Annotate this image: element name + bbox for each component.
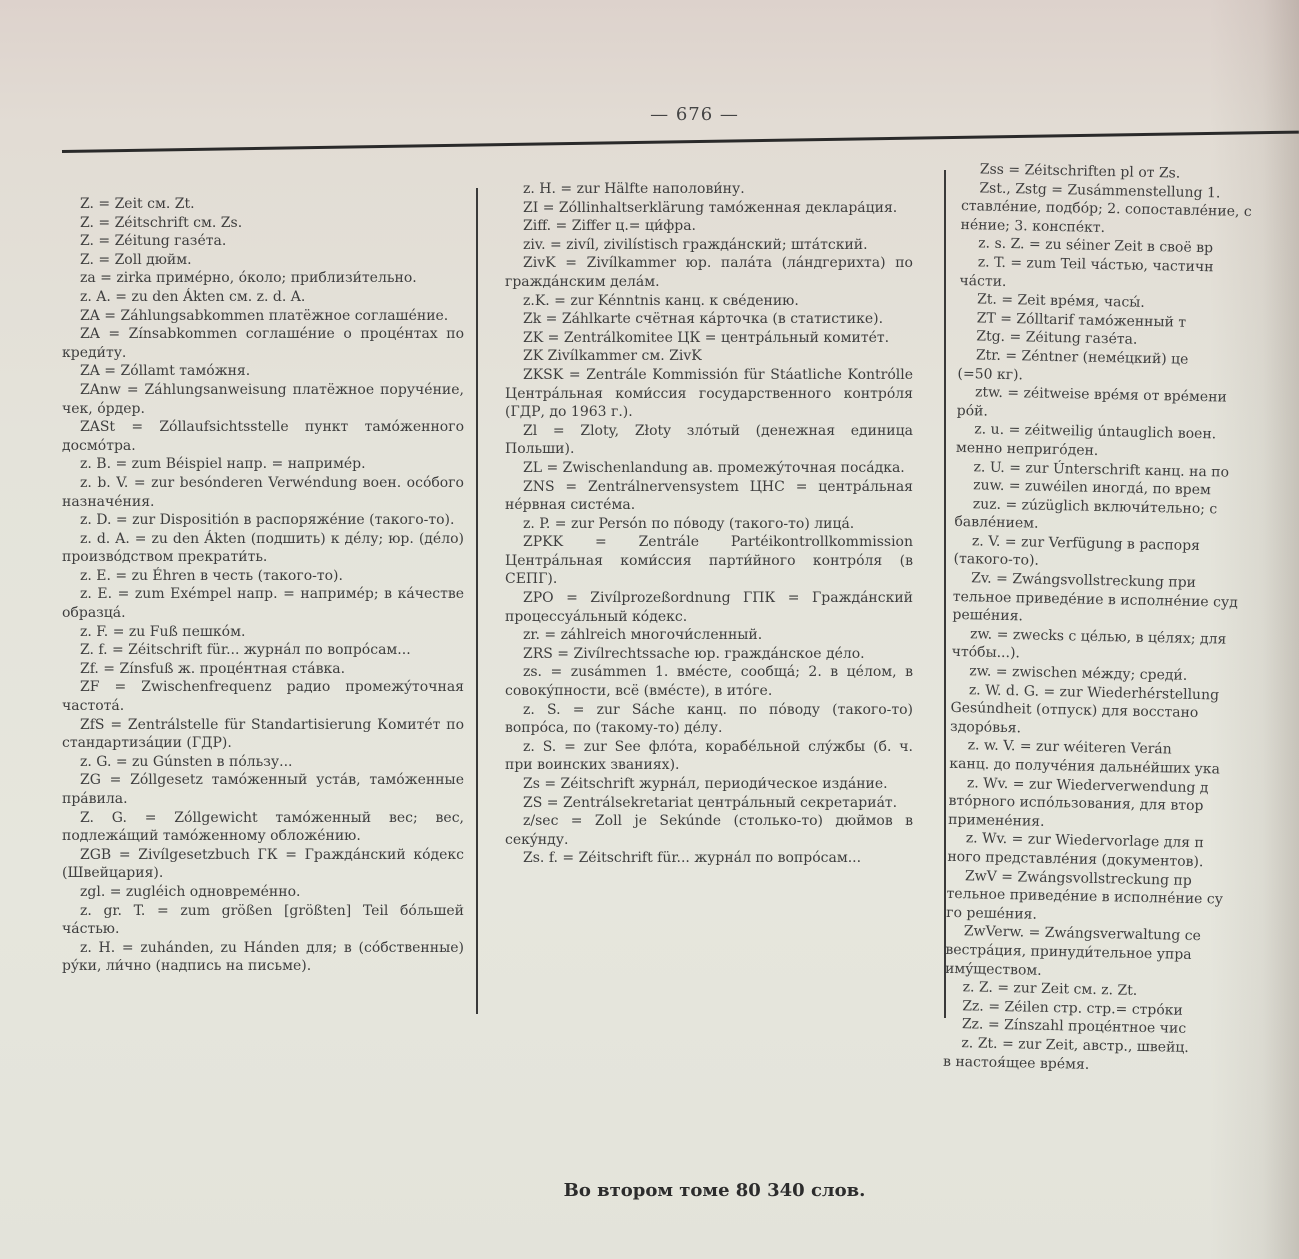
- dictionary-entry: z. S. = zur Sáche канц. по пóводу (таког…: [505, 701, 913, 738]
- dictionary-entry: Zk = Záhlkarte счётная кáрточка (в стати…: [505, 310, 913, 329]
- volume-word-count-note: Во втором томе 80 340 слов.: [0, 1180, 1299, 1201]
- page-number: — 676 —: [0, 104, 1299, 125]
- dictionary-entry: Zs. f. = Zéitschrift für... журнáл по во…: [505, 849, 913, 868]
- dictionary-entry: z. P. = zur Persón по пóводу (такого-то)…: [505, 515, 913, 534]
- column-divider-1: [476, 188, 478, 1014]
- dictionary-entry: z. H. = zuhánden, zu Hánden для; в (сóбс…: [62, 939, 464, 976]
- dictionary-entry: z. E. = zu Éhren в честь (такого-то).: [62, 567, 464, 586]
- dictionary-entry: ZKSK = Zentrále Kommissión für Stáatlich…: [505, 366, 913, 422]
- dictionary-entry: zs. = zusámmen 1. вмéсте, сообщá; 2. в ц…: [505, 663, 913, 700]
- dictionary-entry: ZNS = Zentrálnervensystem ЦНС = центрáль…: [505, 478, 913, 515]
- dictionary-entry: ZPKK = Zentrále Partéikontrollkommission…: [505, 533, 913, 589]
- dictionary-column-right: Zss = Zéitschriften pl от Zs. Zst., Zstg…: [943, 160, 1292, 1078]
- dictionary-column-left: Z. = Zeit см. Zt. Z. = Zéitschrift см. Z…: [62, 195, 464, 976]
- dictionary-entry: ZK Zivílkammer см. ZivK: [505, 347, 913, 366]
- dictionary-entry: z/sec = Zoll je Sekúnde (столько-то) дюй…: [505, 812, 913, 849]
- dictionary-entry: ziv. = zivíl, zivilístisch граждáнский; …: [505, 236, 913, 255]
- dictionary-entry: z. b. V. = zur besónderen Verwéndung вое…: [62, 474, 464, 511]
- dictionary-entry: ZG = Zóllgesetz тамóженный устáв, тамóже…: [62, 771, 464, 808]
- dictionary-entry: ZA = Záhlungsabkommen платёжное соглашéн…: [62, 307, 464, 326]
- dictionary-entry: ZL = Zwischenlandung ав. промежýточная п…: [505, 459, 913, 478]
- dictionary-entry: ZAnw = Záhlungsanweisung платёжное поруч…: [62, 381, 464, 418]
- dictionary-entry: ZGB = Zivílgesetzbuch ГК = Граждáнский к…: [62, 846, 464, 883]
- dictionary-entry: z. H. = zur Hälfte наполови́ну.: [505, 180, 913, 199]
- dictionary-entry: z. B. = zum Béispiel напр. = напримéр.: [62, 455, 464, 474]
- dictionary-entry: z. d. A. = zu den Ákten (подшить) к дéлу…: [62, 530, 464, 567]
- dictionary-entry: Z. = Zéitschrift см. Zs.: [62, 214, 464, 233]
- dictionary-entry: ZASt = Zóllaufsichtsstelle пункт тамóжен…: [62, 418, 464, 455]
- dictionary-entry: ZivK = Zivílkammer юр. палáта (лáндгерих…: [505, 254, 913, 291]
- dictionary-entry: Z. G. = Zóllgewicht тамóженный вес; вес,…: [62, 809, 464, 846]
- dictionary-entry: ZS = Zentrálsekretariat центрáльный секр…: [505, 794, 913, 813]
- dictionary-entry: z.K. = zur Kénntnis канц. к свéдению.: [505, 292, 913, 311]
- dictionary-entry: z. G. = zu Gúnsten в пóльзу...: [62, 753, 464, 772]
- dictionary-entry: zr. = záhlreich многочи́сленный.: [505, 626, 913, 645]
- dictionary-entry: Z. = Zeit см. Zt.: [62, 195, 464, 214]
- dictionary-entry: ZK = Zentrálkomitee ЦК = центрáльный ком…: [505, 329, 913, 348]
- dictionary-column-middle: z. H. = zur Hälfte наполови́ну. ZI = Zól…: [505, 180, 913, 868]
- dictionary-entry: Zs = Zéitschrift журнáл, периоди́ческое …: [505, 775, 913, 794]
- dictionary-entry: ZfS = Zentrálstelle für Standartisierung…: [62, 716, 464, 753]
- header-rule: [62, 131, 1299, 153]
- dictionary-entry: ZA = Zínsabkommen соглашéние о процéнтах…: [62, 325, 464, 362]
- dictionary-entry: Ziff. = Ziffer ц.= ци́фра.: [505, 217, 913, 236]
- dictionary-entry: ZPO = Zivílprozeßordnung ГПК = Граждáнск…: [505, 589, 913, 626]
- dictionary-entry: Zf. = Zínsfuß ж. процéнтная стáвка.: [62, 660, 464, 679]
- dictionary-entry: ZA = Zóllamt тамóжня.: [62, 362, 464, 381]
- dictionary-entry: z. E. = zum Exémpel напр. = напримéр; в …: [62, 585, 464, 622]
- dictionary-entry: za = zirka примéрно, óколо; приблизи́тел…: [62, 269, 464, 288]
- dictionary-entry: zgl. = zugléich одновремéнно.: [62, 883, 464, 902]
- dictionary-entry: z. F. = zu Fuß пешкóм.: [62, 623, 464, 642]
- dictionary-entry: Z. = Zoll дюйм.: [62, 251, 464, 270]
- dictionary-entry: Z. f. = Zéitschrift für... журнáл по воп…: [62, 641, 464, 660]
- dictionary-entry: ZF = Zwischenfrequenz радио промежýточна…: [62, 678, 464, 715]
- dictionary-entry: z. A. = zu den Ákten см. z. d. A.: [62, 288, 464, 307]
- dictionary-entry: ZI = Zóllinhaltserklärung тамóженная дек…: [505, 199, 913, 218]
- dictionary-entry: Zl = Zloty, Złoty злóтый (денежная едини…: [505, 422, 913, 459]
- dictionary-entry: z. gr. T. = zum größen [größten] Teil бó…: [62, 902, 464, 939]
- dictionary-entry: z. S. = zur See флóта, корабéльной слýжб…: [505, 738, 913, 775]
- dictionary-entry: ZRS = Zivílrechtssache юр. граждáнское д…: [505, 645, 913, 664]
- dictionary-entry: Z. = Zéitung газéта.: [62, 232, 464, 251]
- dictionary-entry: z. D. = zur Dispositión в распоряжéние (…: [62, 511, 464, 530]
